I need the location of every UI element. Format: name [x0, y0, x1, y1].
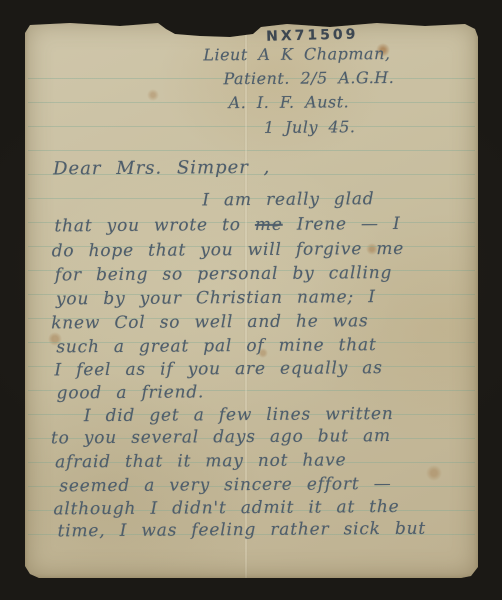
sender-unit-line: Patient. 2/5 A.G.H.: [223, 68, 394, 88]
service-number: NX71509: [266, 26, 359, 44]
letter-line: I feel as if you are equally as: [54, 358, 382, 380]
letter-line-segment: that you wrote to: [54, 215, 255, 236]
letter-line: although I didn't admit it at the: [53, 497, 399, 519]
letter-date: 1 July 45.: [264, 117, 356, 137]
letter-line-segment: Irene — I: [283, 214, 401, 235]
photo-background: NX71509 Lieut A K Chapman, Patient. 2/5 …: [0, 0, 502, 600]
letter-line: to you several days ago but am: [51, 426, 391, 448]
letter-line: I did get a few lines written: [84, 404, 394, 426]
letter-line: knew Col so well and he was: [51, 311, 369, 333]
letter-line: do hope that you will forgive me: [52, 239, 405, 261]
letter-line: seemed a very sincere effort —: [59, 474, 391, 496]
struck-word: me: [255, 215, 283, 235]
letter-line: afraid that it may not have: [55, 450, 346, 472]
salutation: Dear Mrs. Simper ,: [53, 157, 270, 180]
letter-line: such a great pal of mine that: [56, 335, 376, 357]
letter-page: NX71509 Lieut A K Chapman, Patient. 2/5 …: [25, 21, 478, 578]
sender-force-line: A. I. F. Aust.: [229, 92, 350, 112]
letter-line: time, I was feeling rather sick but: [58, 519, 427, 542]
handwriting-layer: NX71509 Lieut A K Chapman, Patient. 2/5 …: [23, 19, 480, 579]
letter-line: that you wrote to me Irene — I: [54, 214, 400, 236]
letter-line: you by your Christian name; I: [56, 287, 376, 309]
letter-line: I am really glad: [202, 189, 374, 210]
letter-line: good a friend.: [57, 382, 205, 403]
sender-name-line: Lieut A K Chapman,: [203, 44, 390, 64]
letter-line: for being so personal by calling: [55, 263, 392, 285]
